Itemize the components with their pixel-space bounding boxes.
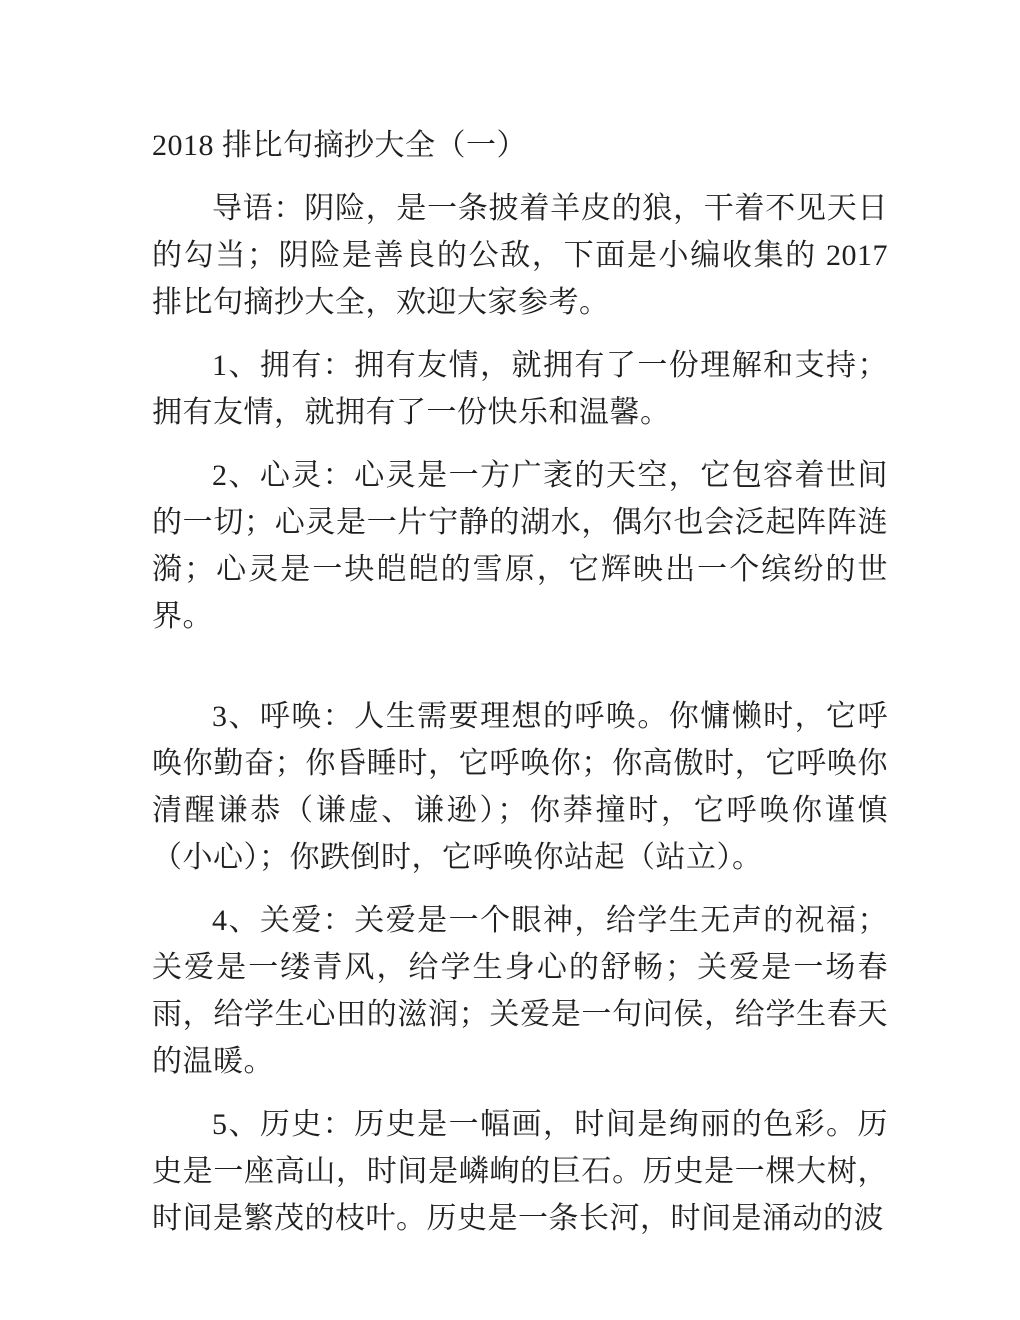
paragraph-intro: 导语：阴险，是一条披着羊皮的狼，干着不见天日的勾当；阴险是善良的公敌，下面是小编… [152, 185, 888, 326]
paragraph-item-1: 1、拥有：拥有友情，就拥有了一份理解和支持；拥有友情，就拥有了一份快乐和温馨。 [152, 342, 888, 436]
document-page: 2018 排比句摘抄大全（一） 导语：阴险，是一条披着羊皮的狼，干着不见天日的勾… [0, 0, 1020, 1320]
paragraph-item-3: 3、呼唤：人生需要理想的呼唤。你慵懒时，它呼唤你勤奋；你昏睡时，它呼唤你；你高傲… [152, 693, 888, 881]
document-title: 2018 排比句摘抄大全（一） [152, 122, 888, 169]
paragraph-item-4: 4、关爱：关爱是一个眼神，给学生无声的祝福；关爱是一缕青风，给学生身心的舒畅；关… [152, 897, 888, 1085]
blank-line-spacer [152, 656, 888, 693]
paragraph-item-2: 2、心灵：心灵是一方广袤的天空，它包容着世间的一切；心灵是一片宁静的湖水，偶尔也… [152, 452, 888, 640]
paragraph-item-5: 5、历史：历史是一幅画，时间是绚丽的色彩。历史是一座高山，时间是嶙峋的巨石。历史… [152, 1101, 888, 1242]
